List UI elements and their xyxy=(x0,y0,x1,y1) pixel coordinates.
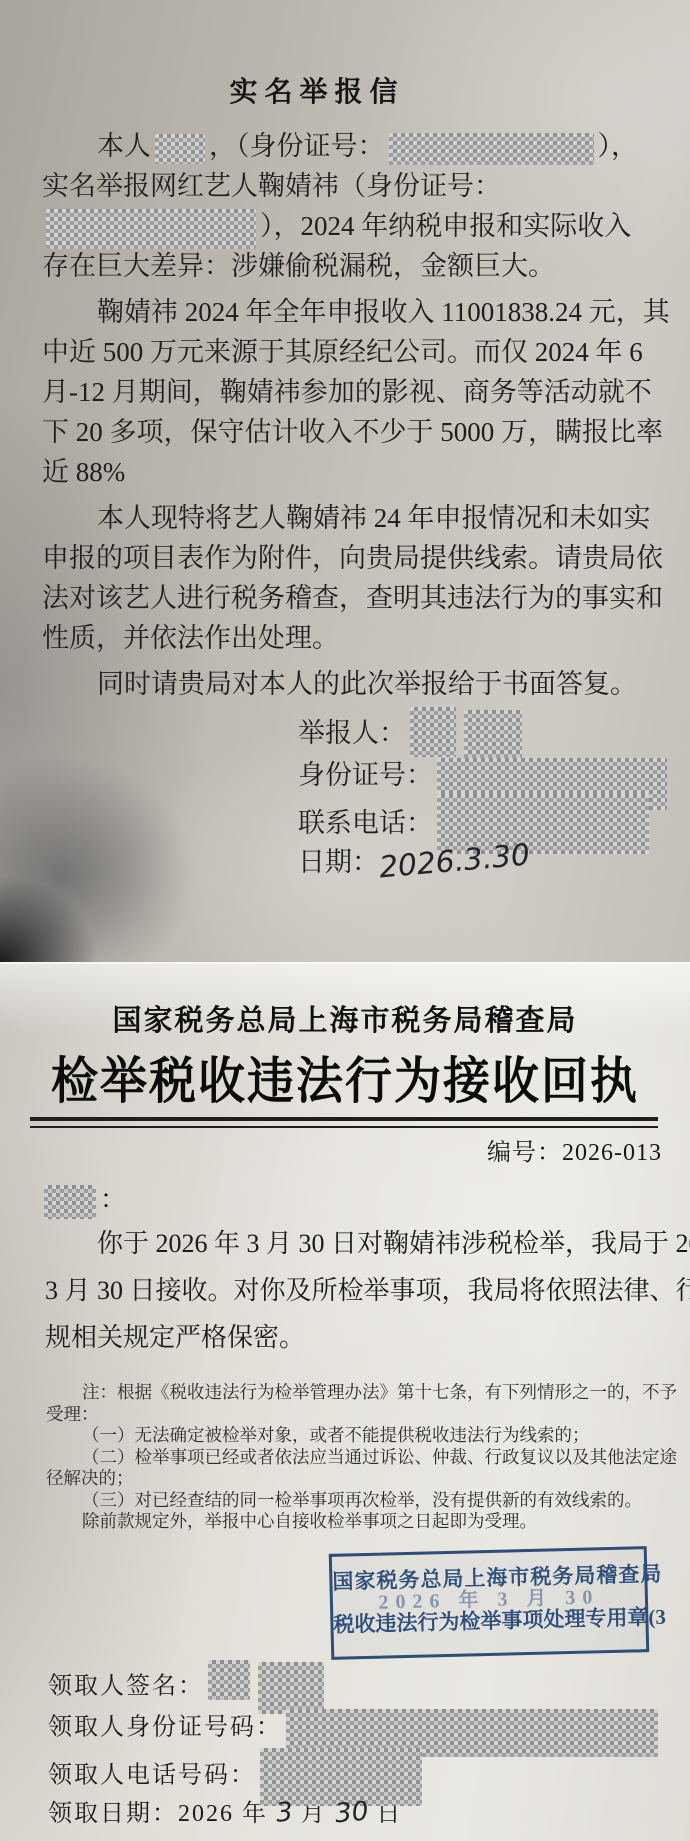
tax-bureau-header: 国家税务总局上海市税务局稽查局 xyxy=(0,998,690,1039)
official-blue-stamp: 国家税务总局上海市税务局稽查局 税收违法行为检举事项处理专用章(3 2026 年… xyxy=(329,1546,649,1660)
text-run: 法对该艺人进行税务稽查，查明其违法行为的事实和 xyxy=(42,583,663,613)
report-body-line: 性质，并依法作出处理。 xyxy=(42,618,670,658)
redaction-mosaic xyxy=(208,1660,250,1700)
receipt-note-line: 除前款规定外，举报中心自接收检举事项之日起即为受理。 xyxy=(46,1511,677,1533)
receipt-note-line: 径解决的； xyxy=(46,1468,677,1490)
report-body-line: 月-12 月期间，鞠婧祎参加的影视、商务等活动就不 xyxy=(42,372,670,412)
text-run: （一）无法确定被检举对象，或者不能提供税收违法行为线索的； xyxy=(82,1425,590,1445)
text-run: 实名举报网红艺人鞠婧祎（身份证号： xyxy=(42,171,501,201)
report-body-line: ），2024 年纳税申报和实际收入 xyxy=(42,206,670,246)
text-run: 领取人身份证号码： xyxy=(48,1715,282,1741)
text-run: 月-12 月期间，鞠婧祎参加的影视、商务等活动就不 xyxy=(42,377,652,407)
salutation-line: ： xyxy=(40,1182,126,1218)
text-run: 身份证号： xyxy=(298,760,433,790)
receipt-note-line: 注：根据《税收违法行为检举管理办法》第十七条，有下列情形之一的，不予 xyxy=(46,1382,677,1404)
text-run: 领取人签名： xyxy=(48,1674,204,1700)
double-rule-divider xyxy=(30,1117,658,1128)
redaction-mosaic xyxy=(46,209,256,249)
photo-of-documents: { "colors": { "stamp_blue": "#2d4e79", "… xyxy=(0,0,690,1841)
text-run: 受理： xyxy=(46,1404,99,1424)
text-run: 注：根据《税收违法行为检举管理办法》第十七条，有下列情形之一的，不予 xyxy=(82,1382,677,1402)
text-run: ）， xyxy=(598,131,639,161)
text-run: 举报人： xyxy=(298,718,406,748)
handwritten-text: 2026.3.30 xyxy=(377,833,531,890)
receipt-field-line: 领取人签名： xyxy=(48,1662,662,1705)
redaction-mosaic xyxy=(44,1185,96,1219)
text-run: 你于 2026 年 3 月 30 日对鞠婧祎涉税检举，我局于 2026 年 xyxy=(97,1229,690,1258)
text-run: 日期： xyxy=(298,847,379,877)
receipt-paragraph-line: 3 月 30 日接收。对你及所检举事项，我局将依照法律、行政法 xyxy=(45,1267,690,1314)
text-run: 中近 500 万元来源于其原经纪公司。而仅 2024 年 6 xyxy=(42,337,643,367)
report-letter-body: 本人，（身份证号：），实名举报网红艺人鞠婧祎（身份证号：），2024 年纳税申报… xyxy=(42,126,670,704)
text-run: 规相关规定严格保密。 xyxy=(45,1323,305,1352)
report-signature-line: 联系电话： xyxy=(298,796,671,840)
report-signature-line: 举报人： xyxy=(298,708,671,752)
text-run: 本人 xyxy=(97,131,151,161)
text-run: ，（身份证号： xyxy=(209,131,385,161)
text-run: （三）对已经查结的同一检举事项再次检举，没有提供新的有效线索的。 xyxy=(82,1490,642,1510)
report-signature-line: 身份证号： xyxy=(298,752,671,796)
receipt-number: 编号：2026-013 xyxy=(487,1132,662,1167)
text-run: 本人现特将艺人鞠婧祎 24 年申报情况和未如实 xyxy=(97,503,651,533)
receipt-paragraph-line: 规相关规定严格保密。 xyxy=(45,1314,690,1361)
report-body-line: 存在巨大差异：涉嫌偷税漏税，金额巨大。 xyxy=(42,246,670,286)
tax-receipt-page: 国家税务总局上海市税务局稽查局 检举税收违法行为接收回执 编号：2026-013… xyxy=(0,962,690,1841)
report-body-line: 法对该艺人进行税务稽查，查明其违法行为的事实和 xyxy=(42,578,670,618)
receipt-note-line: （三）对已经查结的同一检举事项再次检举，没有提供新的有效线索的。 xyxy=(46,1490,677,1512)
report-body-line: 申报的项目表作为附件，向贵局提供线索。请贵局依 xyxy=(42,538,670,578)
redaction-mosaic xyxy=(389,133,594,165)
receipt-fields-block: 领取人签名：领取人身份证号码：领取人电话号码：领取日期：2026 年 3 月 3… xyxy=(48,1662,662,1834)
report-body-line: 同时请贵局对本人的此次举报给于书面答复。 xyxy=(42,664,670,704)
text-run: 性质，并依法作出处理。 xyxy=(42,623,339,653)
report-body-line: 中近 500 万元来源于其原经纪公司。而仅 2024 年 6 xyxy=(42,332,670,372)
receipt-note-line: （二）检举事项已经或者依法应当通过诉讼、仲裁、行政复议以及其他法定途 xyxy=(46,1447,677,1469)
receipt-note-block: 注：根据《税收违法行为检举管理办法》第十七条，有下列情形之一的，不予受理：（一）… xyxy=(46,1382,677,1533)
handwritten-text: 30 xyxy=(333,1790,370,1836)
text-run: 存在巨大差异：涉嫌偷税漏税，金额巨大。 xyxy=(42,251,555,281)
redaction-mosaic xyxy=(258,1662,324,1714)
text-run: 同时请贵局对本人的此次举报给于书面答复。 xyxy=(97,669,637,699)
text-run: 领取日期：2026 年 xyxy=(48,1801,276,1827)
receipt-salutation: ： xyxy=(40,1182,126,1218)
receipt-note-line: 受理： xyxy=(46,1404,677,1426)
text-run: 除前款规定外，举报中心自接收检举事项之日起即为受理。 xyxy=(82,1511,537,1531)
report-signature-block: 举报人：身份证号：联系电话：日期：2026.3.30 xyxy=(298,708,671,884)
redaction-mosaic xyxy=(410,707,456,757)
text-run: 下 20 多项，保守估计收入不少于 5000 万，瞒报比率 xyxy=(42,417,663,447)
receipt-paragraph-line: 你于 2026 年 3 月 30 日对鞠婧祎涉税检举，我局于 2026 年 xyxy=(45,1220,690,1267)
report-letter-page: 实名举报信 本人，（身份证号：），实名举报网红艺人鞠婧祎（身份证号：），2024… xyxy=(0,0,690,962)
text-run: 3 月 30 日接收。对你及所检举事项，我局将依照法律、行政法 xyxy=(45,1276,690,1305)
text-run: ： xyxy=(100,1185,126,1214)
text-run: ），2024 年纳税申报和实际收入 xyxy=(260,211,631,241)
report-body-line: 鞠婧祎 2024 年全年申报收入 11001838.24 元，其 xyxy=(42,292,670,332)
receipt-title: 检举税收违法行为接收回执 xyxy=(0,1042,690,1113)
report-body-line: 近 88% xyxy=(42,452,670,492)
text-run: 申报的项目表作为附件，向贵局提供线索。请贵局依 xyxy=(42,543,663,573)
report-body-line: 本人现特将艺人鞠婧祎 24 年申报情况和未如实 xyxy=(42,498,670,538)
text-run: 领取人电话号码： xyxy=(48,1763,256,1789)
receipt-paragraph: 你于 2026 年 3 月 30 日对鞠婧祎涉税检举，我局于 2026 年3 月… xyxy=(45,1220,690,1361)
text-run: 径解决的； xyxy=(46,1468,134,1488)
receipt-field-line: 领取人身份证号码： xyxy=(48,1705,662,1748)
redaction-mosaic xyxy=(155,134,205,164)
report-body-line: 本人，（身份证号：）， xyxy=(42,126,670,166)
text-run: 鞠婧祎 2024 年全年申报收入 11001838.24 元，其 xyxy=(97,297,670,327)
receipt-note-line: （一）无法确定被检举对象，或者不能提供税收违法行为线索的； xyxy=(46,1425,677,1447)
report-body-line: 实名举报网红艺人鞠婧祎（身份证号： xyxy=(42,166,670,206)
text-run: 近 88% xyxy=(42,457,125,487)
text-run: 联系电话： xyxy=(298,808,433,838)
report-letter-title: 实名举报信 xyxy=(0,70,662,110)
report-body-line: 下 20 多项，保守估计收入不少于 5000 万，瞒报比率 xyxy=(42,412,670,452)
receipt-field-line: 领取日期：2026 年 3 月 30 日 xyxy=(48,1791,662,1834)
text-run: （二）检举事项已经或者依法应当通过诉讼、仲裁、行政复议以及其他法定途 xyxy=(82,1447,677,1467)
